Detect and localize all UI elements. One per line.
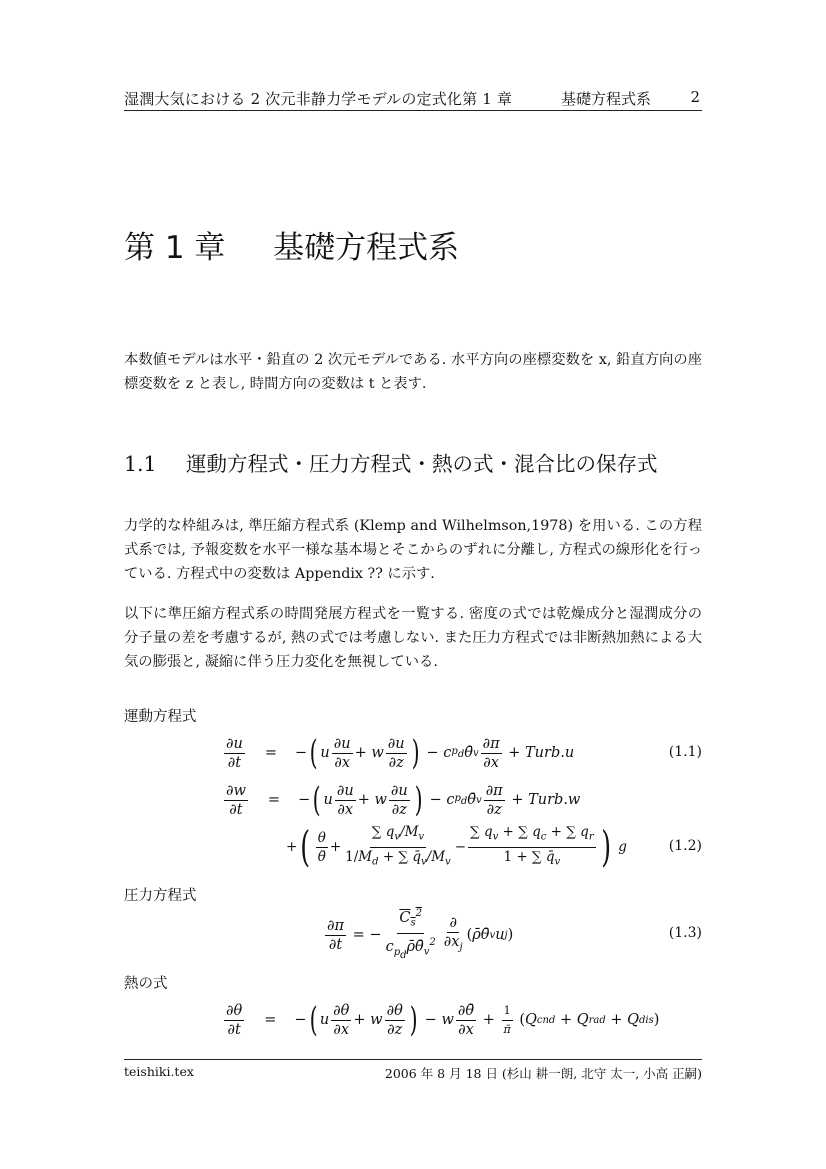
page-number: 2: [690, 88, 700, 106]
equation-1-2-continuation: + ( θθ̄ + ∑ qv/Mv1/Md + ∑ q̄v/Mv − ∑ qv …: [286, 825, 627, 869]
equation-1-1: ∂u∂t = − (u∂u∂x+ w∂u∂z) − cpdθ̄v∂π∂x + T…: [222, 733, 574, 773]
running-header: 湿潤大気における 2 次元非静力学モデルの定式化第 1 章 基礎方程式系 2: [124, 86, 702, 111]
equation-tag-1-3: (1.3): [669, 925, 702, 941]
chapter-number: 第 1 章: [124, 230, 225, 266]
equation-tag-1-1: (1.1): [669, 744, 702, 760]
chapter-heading: 第 1 章 基礎方程式系: [124, 222, 459, 267]
equation-tag-1-2: (1.2): [669, 838, 702, 854]
label-motion-equation: 運動方程式: [124, 705, 197, 726]
label-pressure-equation: 圧力方程式: [124, 884, 197, 905]
running-title: 湿潤大気における 2 次元非静力学モデルの定式化第 1 章: [124, 88, 512, 109]
paragraph-overview: 以下に準圧縮方程式系の時間発展方程式を一覧する. 密度の式では乾燥成分と湿潤成分…: [124, 602, 702, 674]
section-heading: 1.1運動方程式・圧力方程式・熱の式・混合比の保存式: [124, 447, 658, 477]
footer-filename: teishiki.tex: [124, 1064, 194, 1079]
equation-1-2: ∂w∂t = − (u∂u∂x+ w∂u∂z) − cpdθ̄v∂π∂z + T…: [222, 780, 580, 820]
equation-heat: ∂θ∂t = − (u∂θ∂x+ w∂θ∂z) − w∂θ̄∂x + 1π̄ (…: [222, 1000, 659, 1040]
footer-rule: [124, 1059, 702, 1060]
paragraph-framework: 力学的な枠組みは, 準圧縮方程式系 (Klemp and Wilhelmson,…: [124, 514, 702, 586]
footer-date-authors: 2006 年 8 月 18 日 (杉山 耕一朗, 北守 太一, 小高 正嗣): [385, 1064, 702, 1082]
section-title: 運動方程式・圧力方程式・熱の式・混合比の保存式: [186, 452, 658, 476]
chapter-title: 基礎方程式系: [273, 230, 459, 266]
section-number: 1.1: [124, 452, 186, 476]
running-section: 基礎方程式系: [561, 88, 651, 109]
intro-paragraph: 本数値モデルは水平・鉛直の 2 次元モデルである. 水平方向の座標変数を x, …: [124, 348, 702, 396]
label-heat-equation: 熱の式: [124, 972, 168, 993]
equation-1-3: ∂π∂t = − Cs2cpdρ̄θ̄v2 ∂∂xj (ρ̄θ̄vuj): [323, 910, 513, 960]
